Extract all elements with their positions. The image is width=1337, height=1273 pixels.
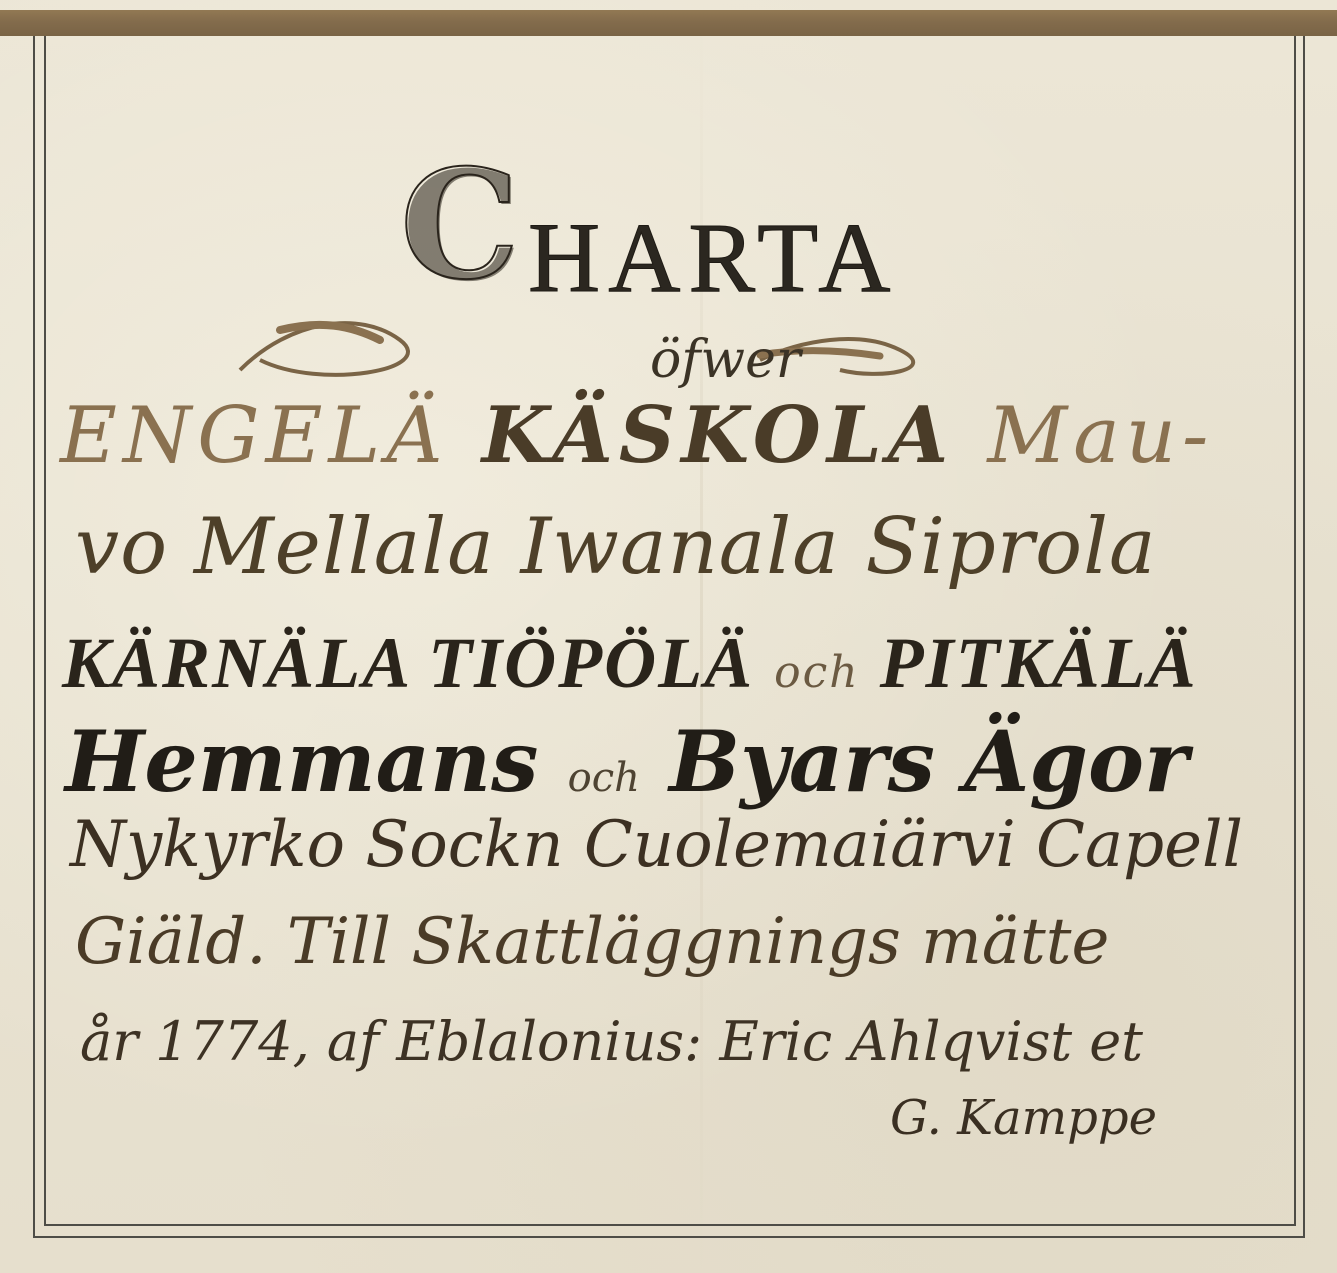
subtitle-ofwer: öfwer	[650, 330, 801, 390]
calligraphic-flourish-icon	[200, 300, 960, 390]
text-line-2: vo Mellala Iwanala Siprola	[75, 502, 1157, 592]
document-title: C HARTA	[400, 150, 920, 310]
conjunction-och: och	[568, 755, 640, 801]
text-line-1: ENGELÄ KÄSKOLA Mau-	[60, 390, 1214, 481]
place-name-mauvo-start: Mau-	[987, 391, 1214, 481]
place-names-karnala-tiopola: KÄRNÄLA TIÖPÖLÄ	[62, 623, 774, 703]
text-line-3: KÄRNÄLA TIÖPÖLÄ och PITKÄLÄ	[62, 622, 1198, 705]
title-remaining-letters: HARTA	[528, 208, 898, 308]
place-name-kaskola: KÄSKOLA	[449, 390, 988, 481]
place-name-pitkala: PITKÄLÄ	[860, 623, 1198, 703]
top-border-band	[0, 10, 1337, 36]
text-line-6: Giäld. Till Skattläggnings mätte	[75, 905, 1109, 979]
text-line-7-date-authors: år 1774, af Eblalonius: Eric Ahlqvist et	[80, 1010, 1143, 1073]
word-hemmans: Hemmans	[65, 712, 568, 811]
title-initial-letter: C	[400, 150, 519, 300]
place-name-engela: ENGELÄ	[60, 391, 449, 481]
text-line-4: Hemmans och Byars Ägor	[65, 712, 1188, 811]
conjunction-och: och	[774, 647, 859, 698]
text-line-5: Nykyrko Sockn Cuolemaiärvi Capell	[70, 808, 1243, 882]
signature-kamppe: G. Kamppe	[890, 1090, 1157, 1146]
words-byars-agor: Byars Ägor	[640, 712, 1188, 811]
